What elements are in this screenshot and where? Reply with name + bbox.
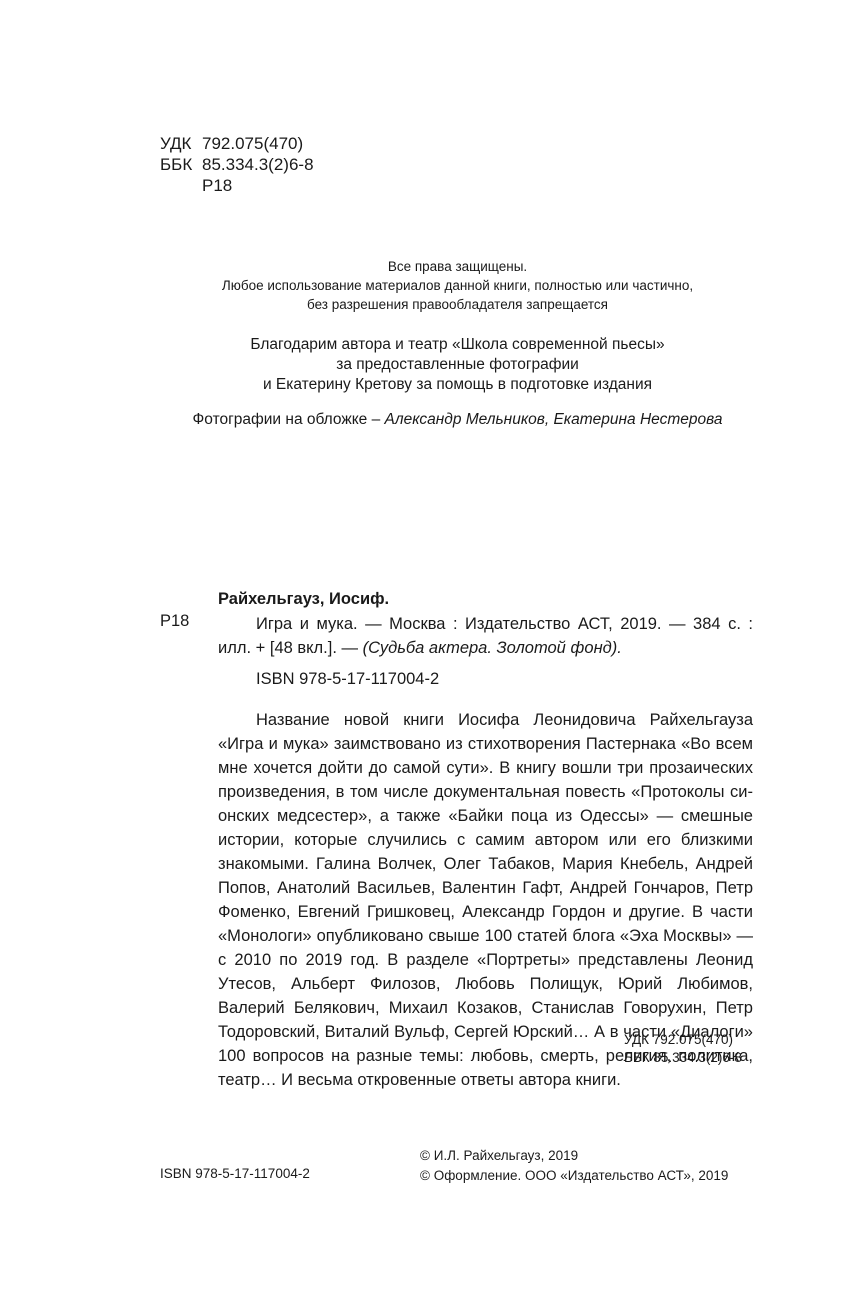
acknowledgements: Благодарим автора и театр «Школа совреме… <box>0 335 845 395</box>
udk-row: УДК 792.075(470) <box>160 133 314 154</box>
rights-line: без разрешения правообладателя запрещает… <box>0 295 845 314</box>
copyright-design: © Оформление. ООО «Издательство АСТ», 20… <box>420 1166 728 1186</box>
bibliographic-mark: Р18 <box>160 612 189 631</box>
isbn-main: ISBN 978-5-17-117004-2 <box>256 670 439 689</box>
author-mark: Р18 <box>202 175 232 196</box>
classification-block: УДК 792.075(470) ББК 85.334.3(2)6-8 Р18 <box>160 133 314 196</box>
cover-photo-credits: Фотографии на обложке – Александр Мельни… <box>0 410 845 430</box>
rights-line: Любое использование материалов данной кн… <box>0 276 845 295</box>
bbk-bottom: ББК 85.334.3(2)6-8 <box>624 1049 742 1067</box>
cover-photo-label: Фотографии на обложке – <box>193 411 385 428</box>
bbk-row: ББК 85.334.3(2)6-8 <box>160 154 314 175</box>
isbn-footer: ISBN 978-5-17-117004-2 <box>160 1166 310 1181</box>
author-mark-row: Р18 <box>160 175 314 196</box>
udk-label: УДК <box>160 133 202 154</box>
bibliographic-entry: Игра и мука. — Москва : Издательство АСТ… <box>218 612 753 660</box>
udk-bottom: УДК 792.075(470) <box>624 1031 742 1049</box>
copyright-author: © И.Л. Райхельгауз, 2019 <box>420 1146 728 1166</box>
cover-photo-names: Александр Мельников, Екатерина Нестерова <box>385 411 723 428</box>
thanks-line: Благодарим автора и театр «Школа совреме… <box>0 335 845 355</box>
rights-line: Все права защищены. <box>0 257 845 276</box>
bbk-label: ББК <box>160 154 202 175</box>
classification-bottom: УДК 792.075(470) ББК 85.334.3(2)6-8 <box>624 1031 742 1067</box>
udk-value: 792.075(470) <box>202 133 303 154</box>
bibliographic-series: (Судьба актера. Золотой фонд). <box>363 639 622 657</box>
thanks-line: за предоставленные фотографии <box>0 355 845 375</box>
bbk-value: 85.334.3(2)6-8 <box>202 154 314 175</box>
thanks-line: и Екатерину Кретову за помощь в подготов… <box>0 375 845 395</box>
bibliographic-author: Райхельгауз, Иосиф. <box>218 590 389 609</box>
copyright-block: © И.Л. Райхельгауз, 2019 © Оформление. О… <box>420 1146 728 1186</box>
rights-notice: Все права защищены. Любое использование … <box>0 257 845 314</box>
